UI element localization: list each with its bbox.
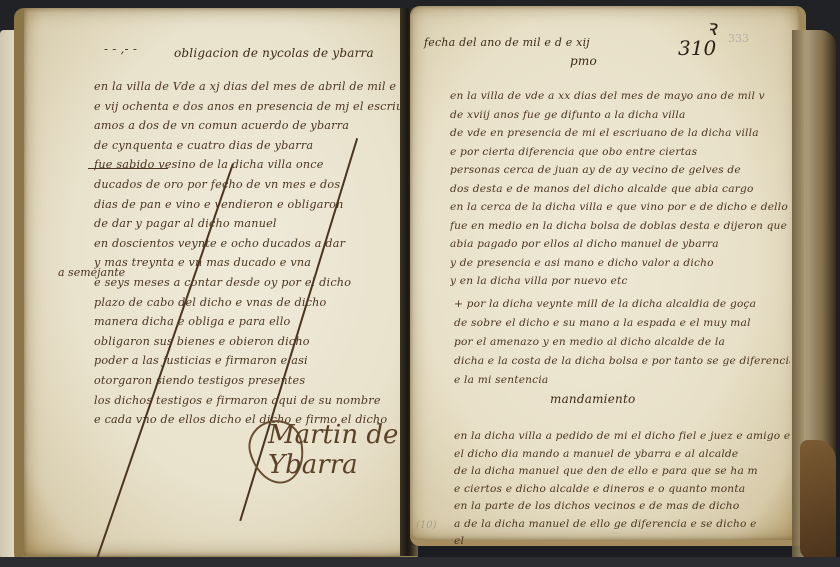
manuscript-line: de cynquenta e cuatro dias de ybarra [94,139,414,152]
manuscript-line: abia pagado por ellos al dicho manuel de… [450,238,790,250]
manuscript-line: en doscientos veynte e ocho ducados a da… [94,237,414,250]
manuscript-line: poder a las justicias e firmaron e asi [94,354,414,367]
manuscript-line: el [454,535,790,547]
manuscript-line: fue en medio en la dicha bolsa de doblas… [450,220,790,232]
manuscript-line: en la cerca de la dicha villa e que vino… [450,201,790,213]
manuscript-line: e la mi sentencia [454,374,790,386]
left-header-mark: - - ,- - [104,42,137,56]
manuscript-line: e por cierta diferencia que obo entre ci… [450,146,790,158]
manuscript-line: manera dicha e obliga e para ello [94,315,414,328]
manuscript-line: dos desta e de manos del dicho alcalde q… [450,183,790,195]
manuscript-line: otorgaron siendo testigos presentes [94,374,414,387]
manuscript-line: amos a dos de vn comun acuerdo de ybarra [94,119,414,132]
manuscript-line: de vde en presencia de mi el escriuano d… [450,127,790,139]
manuscript-line: en la villa de vde a xx dias del mes de … [450,90,790,102]
manuscript-line: fue sabido vesino de la dicha villa once [94,158,414,171]
right-header: fecha del ano de mil e d e xij [424,36,590,49]
manuscript-line: e ciertos e dicho alcalde e dineros e o … [454,483,790,495]
manuscript-line: e seys meses a contar desde oy por el di… [94,276,414,289]
manuscript-line: en la villa de Vde a xj dias del mes de … [94,80,414,93]
top-mark: ꝛ [706,12,717,42]
manuscript-line: de la dicha manuel que den de ello e par… [454,465,790,477]
manuscript-line: el dicho dia mando a manuel de ybarra e … [454,448,790,460]
leather-cover-flap [800,440,836,560]
manuscript-line: y mas treynta e vn mas ducado e vna [94,256,414,269]
section-heading: mandamiento [550,392,635,406]
right-header-center: pmo [570,54,597,68]
manuscript-line: de xviij anos fue ge difunto a la dicha … [450,109,790,121]
manuscript-line: los dichos testigos e firmaron aqui de s… [94,394,414,407]
manuscript-line: obligaron sus bienes e obieron dicho [94,335,414,348]
manuscript-line: dias de pan e vino e vendieron e obligar… [94,198,414,211]
manuscript-line: + por la dicha veynte mill de la dicha a… [454,298,790,310]
manuscript-line: a de la dicha manuel de ello ge diferenc… [454,518,790,530]
manuscript-line: e vij ochenta e dos anos en presencia de… [94,100,414,113]
manuscript-line: de dar y pagar al dicho manuel [94,217,414,230]
manuscript-line: por el amenazo y en medio al dicho alcal… [454,336,790,348]
manuscript-line: en la dicha villa a pedido de mi el dich… [454,430,790,442]
left-page-header: obligacion de nycolas de ybarra [174,46,374,60]
manuscript-line: plazo de cabo del dicho e vnas de dicho [94,296,414,309]
manuscript-line: en la parte de los dichos vecinos e de m… [454,500,790,512]
margin-note: a semejante [58,266,125,279]
right-manuscript-page: fecha del ano de mil e d e xij pmo 310 ꝛ… [410,6,806,546]
manuscript-line: ducados de oro por fecho de vn mes e dos [94,178,414,191]
strikethrough-line [88,168,168,169]
bottom-strip [0,557,840,567]
archive-stamp: 333 [728,32,749,45]
manuscript-line: y en la dicha villa por nuevo etc [450,275,790,287]
manuscript-line: dicha e la costa de la dicha bolsa e por… [454,355,790,367]
manuscript-line: de sobre el dicho e su mano a la espada … [454,317,790,329]
manuscript-line: personas cerca de juan ay de ay vecino d… [450,164,790,176]
signature: Martin de Ybarra [268,420,408,500]
manuscript-line: y de presencia e asi mano e dicho valor … [450,257,790,269]
bottom-margin-mark: (10) [416,520,437,531]
